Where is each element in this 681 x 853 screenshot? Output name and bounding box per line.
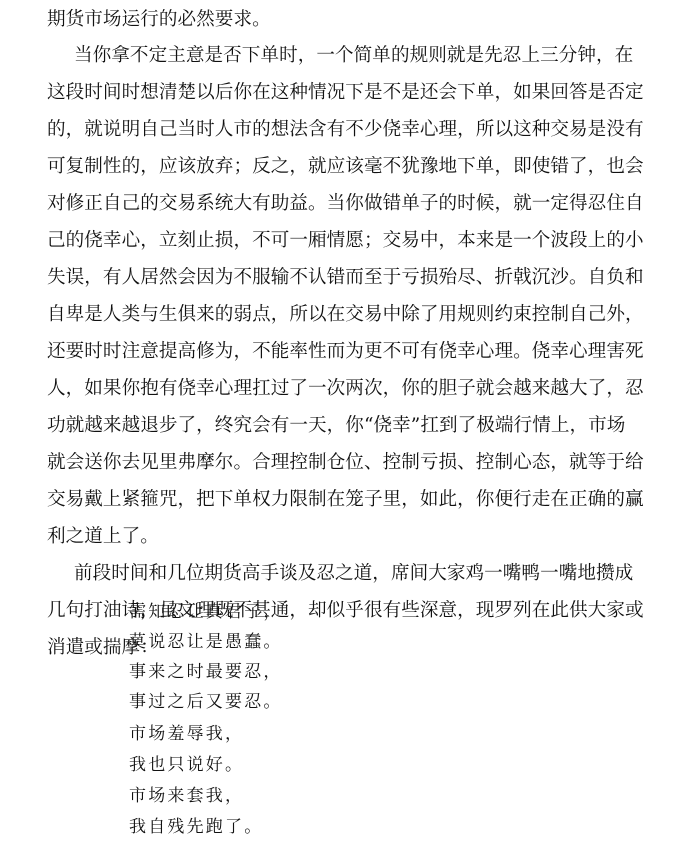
document-page: 期货市场运行的必然要求。 当你拿不定主意是否下单时，一个简单的规则就是先忍上三分… (0, 0, 681, 853)
poem-line: 我也只说好。 (129, 754, 681, 776)
paragraph-line: 自卑是人类与生俱来的弱点，所以在交易中除了用规则约束控制自己外， (47, 304, 617, 326)
paragraph-line: 还要时时注意提高修为，不能率性而为更不可有侥幸心理。侥幸心理害死 (47, 341, 617, 363)
poem-line: 需知忍让真君子， (129, 601, 681, 623)
paragraph-line: 期货市场运行的必然要求。 (47, 9, 617, 31)
poem-line: 我自残先跑了。 (129, 816, 681, 838)
poem-line: 莫说忍让是愚蠢。 (129, 631, 681, 653)
poem-line: 事过之后又要忍。 (129, 691, 681, 713)
paragraph-line: 可复制性的，应该放弃；反之，就应该毫不犹豫地下单，即使错了，也会 (47, 156, 617, 178)
poem-line: 市场羞辱我， (129, 723, 681, 745)
paragraph-line: 功就越来越退步了，终究会有一天，你“侥幸”扛到了极端行情上，市场 (47, 415, 617, 437)
paragraph-line: 这段时间时想清楚以后你在这种情况下是不是还会下单，如果回答是否定 (47, 82, 617, 104)
paragraph-line: 人，如果你抱有侥幸心理扛过了一次两次，你的胆子就会越来越大了，忍 (47, 378, 617, 400)
poem-line: 事来之时最要忍， (129, 661, 681, 683)
paragraph-line: 当你拿不定主意是否下单时，一个简单的规则就是先忍上三分钟，在 (74, 45, 617, 67)
paragraph-line: 利之道上了。 (47, 526, 617, 548)
paragraph-line: 的，就说明自己当时人市的想法含有不少侥幸心理，所以这种交易是没有 (47, 119, 617, 141)
paragraph-line: 交易戴上紧箍咒，把下单权力限制在笼子里，如此，你便行走在正确的赢 (47, 489, 617, 511)
paragraph-line: 前段时间和几位期货高手谈及忍之道，席间大家鸡一嘴鸭一嘴地攒成 (74, 563, 617, 585)
paragraph-line: 就会送你去见里弗摩尔。合理控制仓位、控制亏损、控制心态，就等于给 (47, 452, 617, 474)
poem-line: 市场来套我， (129, 785, 681, 807)
paragraph-line: 己的侥幸心，立刻止损，不可一厢情愿；交易中，本来是一个波段上的小 (47, 230, 617, 252)
paragraph-line: 失误，有人居然会因为不服输不认错而至于亏损殆尽、折戟沉沙。自负和 (47, 267, 617, 289)
paragraph-line: 对修正自己的交易系统大有助益。当你做错单子的时候，就一定得忍住自 (47, 193, 617, 215)
